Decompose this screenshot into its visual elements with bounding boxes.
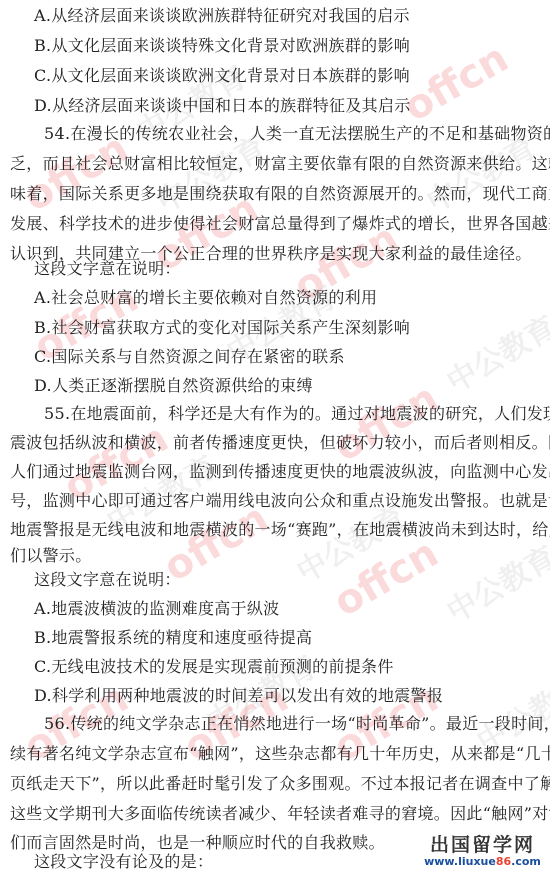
q56-line-4: 这些文学期刊大多面临传统读者减少、年轻读者难寻的窘境。因此“触网”对它 — [10, 804, 538, 824]
q55-option-b: B.地震警报系统的精度和速度亟待提高 — [34, 628, 312, 648]
logo-name: 出国留学网 — [420, 835, 545, 855]
q55-line-3: 人们通过地震监测台网，监测到传播速度更快的地震波纵波，向监测中心发出信 — [10, 462, 538, 482]
logo-url-prefix: www.liuxue — [424, 855, 496, 868]
q54-line-3: 味着，国际关系更多地是围绕获取有限的自然资源展开的。然而，现代工商业的 — [10, 184, 538, 204]
logo-url[interactable]: www.liuxue86.com — [420, 855, 545, 868]
q55-line-6: 们以警示。 — [10, 546, 538, 566]
q54-line-2: 乏，而且社会总财富相比较恒定，财富主要依靠有限的自然资源来供给。这就意 — [10, 154, 538, 174]
q55-prompt: 这段文字意在说明： — [34, 570, 181, 590]
exam-page: offcn 中公教育 offcn 中公教育 offcn 中公教育 offcn o… — [0, 0, 550, 875]
option-a: A.从经济层面来谈谈欧洲族群特征研究对我国的启示 — [34, 6, 410, 26]
q55-line-5: 地震警报是无线电波和地震横波的一场“赛跑”，在地震横波尚未到达时，给人 — [10, 520, 538, 540]
q54-option-d: D.人类正逐渐摆脱自然资源供给的束缚 — [34, 376, 313, 396]
q54-prompt: 这段文字意在说明： — [34, 259, 181, 279]
q55-line-1: 55.在地震面前，科学还是大有作为的。通过对地震波的研究，人们发现地 — [44, 404, 550, 424]
watermark-offcn: offcn — [326, 530, 446, 626]
option-b: B.从文化层面来谈谈特殊文化背景对欧洲族群的影响 — [34, 36, 410, 56]
q56-line-3: 页纸走天下”，所以此番赶时髦引发了众多围观。不过本报记者在调查中了解到， — [10, 774, 538, 794]
logo-url-highlight: 86 — [496, 855, 511, 868]
q55-option-c: C.无线电波技术的发展是实现震前预测的前提条件 — [34, 657, 394, 677]
q55-option-d: D.科学利用两种地震波的时间差可以发出有效的地震警报 — [34, 686, 443, 706]
option-c: C.从文化层面来谈谈欧洲文化背景对日本族群的影响 — [34, 66, 410, 86]
q54-line-1: 54.在漫长的传统农业社会，人类一直无法摆脱生产的不足和基础物资的匮 — [44, 124, 550, 144]
watermark-zhonggong: 中公教育 — [437, 303, 550, 401]
q55-line-4: 号，监测中心即可通过客户端用线电波向公众和重点设施发出警报。也就是说， — [10, 491, 538, 511]
q54-option-a: A.社会总财富的增长主要依赖对自然资源的利用 — [34, 288, 377, 308]
q55-option-a: A.地震波横波的监测难度高于纵波 — [34, 599, 279, 619]
q54-option-c: C.国际关系与自然资源之间存在紧密的联系 — [34, 347, 345, 367]
q54-line-4: 发展、科学技术的进步使得社会财富总量得到了爆炸式的增长，世界各国越来越 — [10, 214, 538, 234]
q56-line-2: 续有著名纯文学杂志宣布“触网”，这些杂志都有几十年历史，从来都是“几十 — [10, 744, 538, 764]
q55-line-2: 震波包括纵波和横波，前者传播速度更快，但破坏力较小，而后者则相反。因此， — [10, 433, 538, 453]
site-logo[interactable]: 出国留学网 www.liuxue86.com — [420, 835, 545, 868]
q56-prompt: 这段文字没有论及的是： — [34, 852, 213, 872]
logo-url-suffix: .com — [511, 855, 541, 868]
watermark-offcn: offcn — [396, 35, 516, 131]
option-d: D.从经济层面来谈谈中国和日本的族群特征及其启示 — [34, 96, 411, 116]
q56-line-1: 56.传统的纯文学杂志正在悄然地进行一场“时尚革命”。最近一段时间，陆 — [44, 714, 550, 734]
q54-option-b: B.社会财富获取方式的变化对国际关系产生深刻影响 — [34, 318, 410, 338]
